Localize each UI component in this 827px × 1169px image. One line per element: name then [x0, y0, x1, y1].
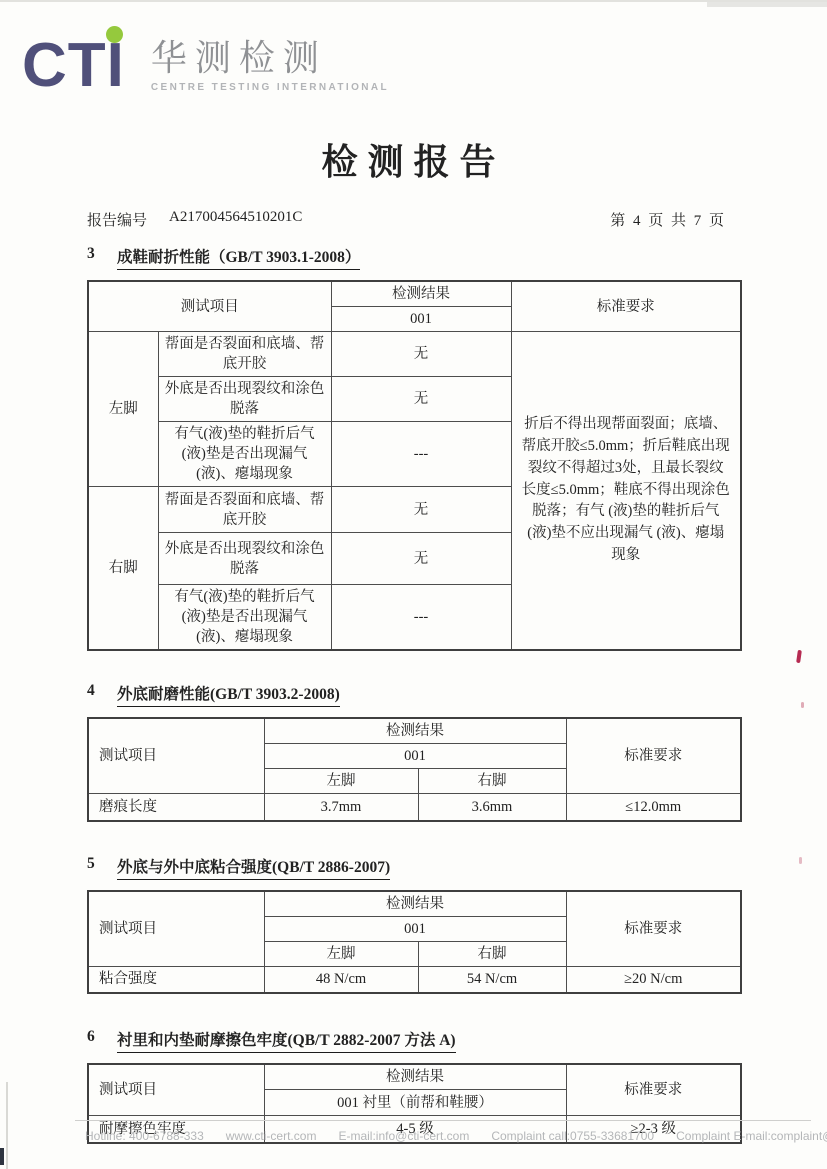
- cti-logo: CTI 华测检测 CENTRE TESTING INTERNATIONAL: [22, 24, 389, 94]
- footer-complaint-email: Complaint E-mail:complaint@cti-cert.com: [676, 1129, 827, 1143]
- col-header-result: 检测结果: [264, 718, 566, 744]
- col-header-left-foot: 左脚: [264, 769, 418, 794]
- page-number: 第 4 页 共 7 页: [610, 209, 740, 230]
- footer-contacts: Hotline: 400-6788-333 www.cti-cert.com E…: [85, 1129, 817, 1143]
- col-header-result: 检测结果: [331, 281, 511, 307]
- result-right-cell: 3.6mm: [418, 794, 566, 821]
- sample-id-cell: 001: [264, 744, 566, 769]
- col-header-left-foot: 左脚: [264, 941, 418, 966]
- section-4-number: 4: [87, 682, 117, 707]
- report-meta-row: 报告编号 A217004564510201C 第 4 页 共 7 页: [87, 209, 740, 230]
- col-header-standard: 标准要求: [566, 1064, 741, 1116]
- col-header-standard: 标准要求: [511, 281, 741, 332]
- result-cell: ---: [331, 585, 511, 651]
- sample-id-cell: 001 衬里（前帮和鞋腰）: [264, 1090, 566, 1116]
- section-3-title: 成鞋耐折性能（GB/T 3903.1-2008）: [117, 245, 360, 270]
- scan-smudge: [707, 2, 827, 7]
- sample-id-cell: 001: [331, 307, 511, 332]
- bonding-strength-table: 测试项目 检测结果 标准要求 001 左脚 右脚 粘合强度 48 N/cm 54…: [87, 890, 742, 995]
- abrasion-resistance-table: 测试项目 检测结果 标准要求 001 左脚 右脚 磨痕长度 3.7mm 3.6m…: [87, 717, 742, 822]
- test-item-cell: 粘合强度: [88, 966, 264, 993]
- col-header-standard: 标准要求: [566, 891, 741, 967]
- cti-logotype: CTI: [22, 24, 125, 94]
- result-cell: 无: [331, 487, 511, 533]
- section-4-heading: 4 外底耐磨性能(GB/T 3903.2-2008): [87, 682, 740, 707]
- footer-complaint-call: Complaint call:0755-33681700: [491, 1129, 654, 1143]
- test-item-cell: 磨痕长度: [88, 794, 264, 821]
- standard-requirement-cell: ≤12.0mm: [566, 794, 741, 821]
- result-left-cell: 3.7mm: [264, 794, 418, 821]
- table-row: 磨痕长度 3.7mm 3.6mm ≤12.0mm: [88, 794, 741, 821]
- scan-mark-corner: [0, 1148, 4, 1165]
- test-item-cell: 外底是否出现裂纹和涂色脱落: [158, 377, 331, 422]
- report-no-label: 报告编号: [87, 209, 147, 230]
- test-item-cell: 帮面是否裂面和底墙、帮底开胶: [158, 487, 331, 533]
- col-header-test-item: 测试项目: [88, 281, 331, 332]
- result-cell: 无: [331, 377, 511, 422]
- logo-text-block: 华测检测 CENTRE TESTING INTERNATIONAL: [151, 40, 389, 94]
- result-cell: ---: [331, 422, 511, 487]
- test-item-cell: 有气(液)垫的鞋折后气(液)垫是否出现漏气(液)、瘪塌现象: [158, 422, 331, 487]
- test-item-cell: 有气(液)垫的鞋折后气(液)垫是否出现漏气(液)、瘪塌现象: [158, 585, 331, 651]
- logo-english-name: CENTRE TESTING INTERNATIONAL: [151, 82, 389, 93]
- scan-edge-shadow: [6, 1082, 8, 1169]
- section-5-title: 外底与外中底粘合强度(QB/T 2886-2007): [117, 855, 390, 880]
- section-6-number: 6: [87, 1028, 117, 1053]
- col-header-standard: 标准要求: [566, 718, 741, 794]
- sample-id-cell: 001: [264, 916, 566, 941]
- col-header-right-foot: 右脚: [418, 941, 566, 966]
- section-6-heading: 6 衬里和内垫耐摩擦色牢度(QB/T 2882-2007 方法 A): [87, 1028, 740, 1053]
- table-row: 左脚 帮面是否裂面和底墙、帮底开胶 无 折后不得出现帮面裂面；底墙、帮底开胶≤5…: [88, 332, 741, 377]
- logo-chinese-name: 华测检测: [151, 40, 389, 76]
- table-row: 粘合强度 48 N/cm 54 N/cm ≥20 N/cm: [88, 966, 741, 993]
- col-header-test-item: 测试项目: [88, 891, 264, 967]
- section-6-title: 衬里和内垫耐摩擦色牢度(QB/T 2882-2007 方法 A): [117, 1028, 456, 1053]
- standard-requirement-cell: ≥20 N/cm: [566, 966, 741, 993]
- footer-divider: [75, 1120, 811, 1121]
- scan-mark-red: [801, 702, 804, 708]
- result-cell: 无: [331, 332, 511, 377]
- col-header-test-item: 测试项目: [88, 718, 264, 794]
- report-page: CTI 华测检测 CENTRE TESTING INTERNATIONAL 检测…: [0, 0, 827, 1169]
- section-5-heading: 5 外底与外中底粘合强度(QB/T 2886-2007): [87, 855, 740, 880]
- foot-label-left: 左脚: [88, 332, 158, 487]
- standard-requirement-cell: 折后不得出现帮面裂面；底墙、帮底开胶≤5.0mm；折后鞋底出现裂纹不得超过3处，…: [511, 332, 741, 651]
- footer-hotline: Hotline: 400-6788-333: [85, 1129, 204, 1143]
- footer-email: E-mail:info@cti-cert.com: [338, 1129, 469, 1143]
- flex-resistance-table: 测试项目 检测结果 标准要求 001 左脚 帮面是否裂面和底墙、帮底开胶 无 折…: [87, 280, 742, 651]
- section-3-number: 3: [87, 245, 117, 270]
- footer-website: www.cti-cert.com: [226, 1129, 317, 1143]
- result-left-cell: 48 N/cm: [264, 966, 418, 993]
- foot-label-right: 右脚: [88, 487, 158, 651]
- test-item-cell: 外底是否出现裂纹和涂色脱落: [158, 533, 331, 585]
- scan-mark-red: [799, 857, 802, 864]
- section-3-heading: 3 成鞋耐折性能（GB/T 3903.1-2008）: [87, 245, 740, 270]
- col-header-result: 检测结果: [264, 1064, 566, 1090]
- result-cell: 无: [331, 533, 511, 585]
- test-item-cell: 帮面是否裂面和底墙、帮底开胶: [158, 332, 331, 377]
- col-header-right-foot: 右脚: [418, 769, 566, 794]
- section-5-number: 5: [87, 855, 117, 880]
- result-right-cell: 54 N/cm: [418, 966, 566, 993]
- section-4-title: 外底耐磨性能(GB/T 3903.2-2008): [117, 682, 340, 707]
- logo-green-dot-icon: [106, 26, 123, 43]
- col-header-result: 检测结果: [264, 891, 566, 917]
- report-no-value: A217004564510201C: [169, 209, 302, 230]
- col-header-test-item: 测试项目: [88, 1064, 264, 1116]
